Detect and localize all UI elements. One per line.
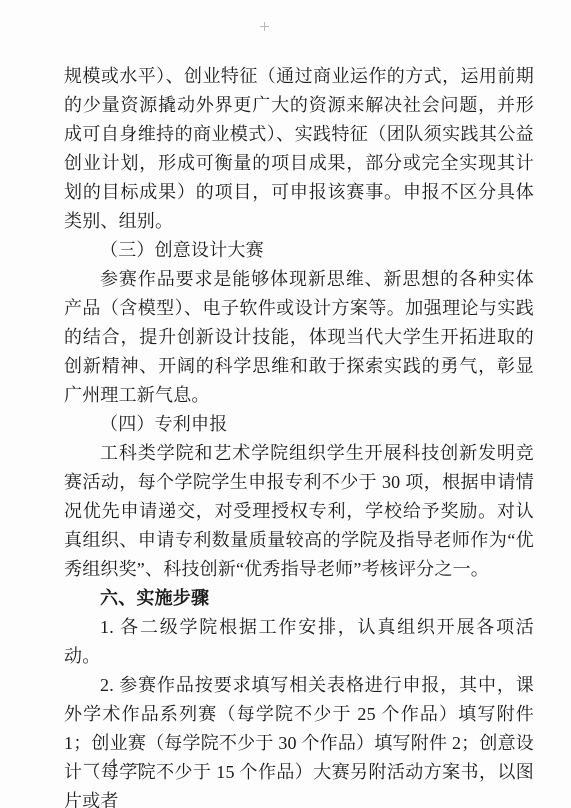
document-body: 规模或水平）、创业特征（通过商业运作的方式，运用前期的少量资源撬动外界更广大的资… [64,62,534,808]
document-page: 规模或水平）、创业特征（通过商业运作的方式，运用前期的少量资源撬动外界更广大的资… [0,0,571,808]
paragraph-continuation: 规模或水平）、创业特征（通过商业运作的方式，运用前期的少量资源撬动外界更广大的资… [64,62,534,236]
section-heading-implementation-steps: 六、实施步骤 [64,584,534,613]
subheading-patent-application: （四）专利申报 [64,410,534,439]
paragraph-patent-application-details: 工科类学院和艺术学院组织学生开展科技创新发明竞赛活动，每个学院学生申报专利不少于… [64,439,534,584]
paragraph-creative-design-requirements: 参赛作品要求是能够体现新思维、新思想的各种实体产品（含模型）、电子软件或设计方案… [64,265,534,410]
paragraph-step-2: 2. 参赛作品按要求填写相关表格进行申报，其中，课外学术作品系列赛（每学院不少于… [64,671,534,808]
page-number: — 4 — [84,756,144,773]
subheading-creative-design-contest: （三）创意设计大赛 [64,236,534,265]
scan-artifact-mark [260,22,269,31]
paragraph-step-1: 1. 各二级学院根据工作安排，认真组织开展各项活动。 [64,613,534,671]
